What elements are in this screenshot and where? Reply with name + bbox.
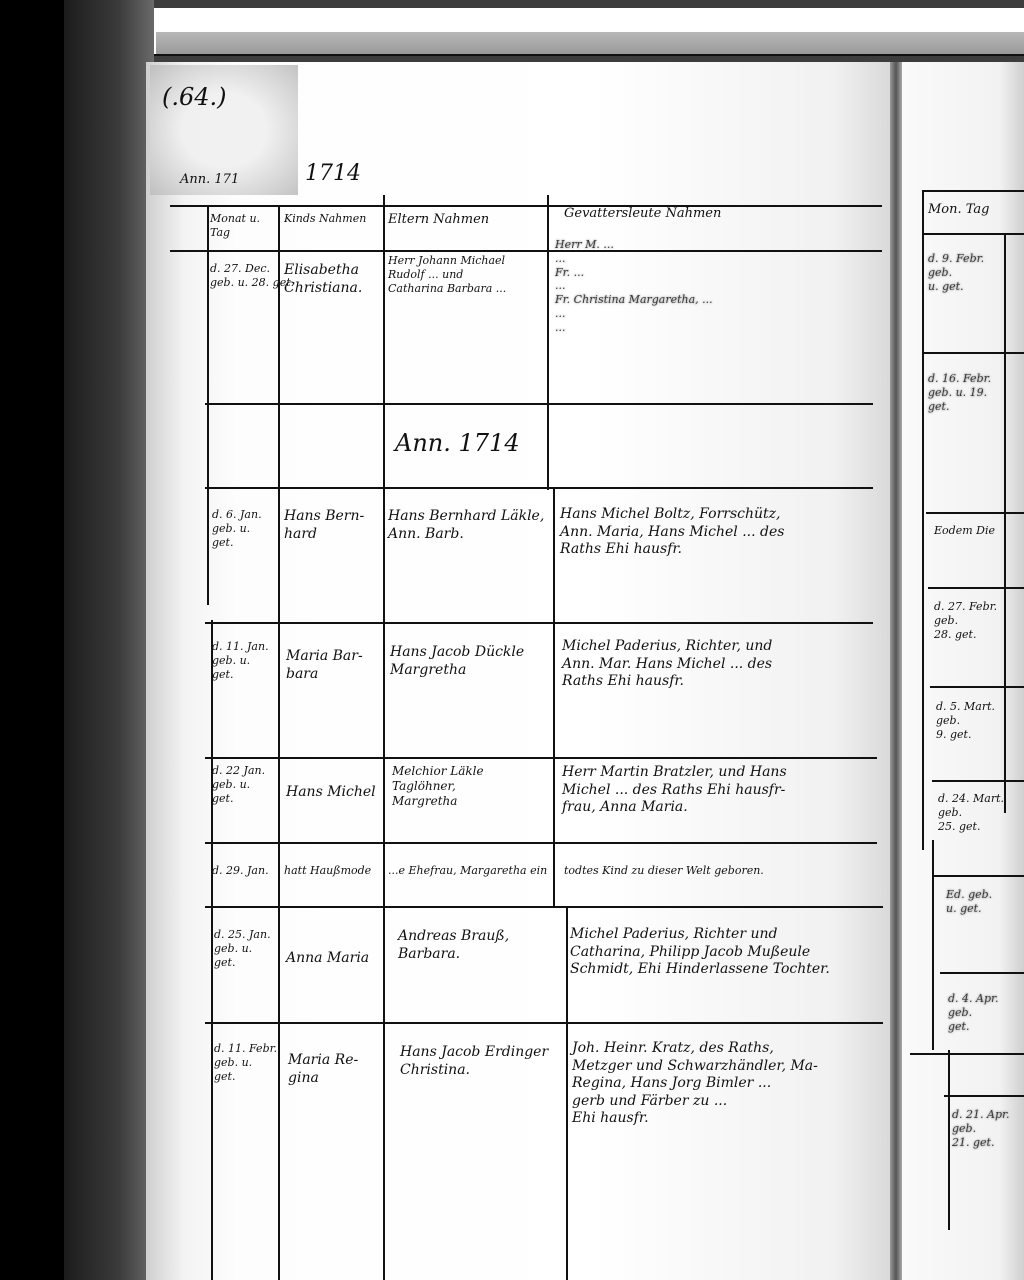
grid-line [932,780,1024,782]
entry-parents: Hans Jacob Dückle Margretha [390,644,524,679]
entry-date: d. 27. Dec. geb. u. 28. get. [210,262,294,290]
grid-line [547,195,549,490]
facing-entry-date: d. 4. Apr. geb. get. [948,992,999,1033]
column-header-date: Monat u. Tag [210,212,276,240]
grid-line [928,587,1024,589]
grid-line [1004,233,1006,813]
column-header-child: Kinds Nahmen [284,212,366,226]
entry-parents: Andreas Brauß, Barbara. [398,928,509,963]
grid-line [924,352,1024,354]
entry-parents: Melchior Läkle Taglöhner, Margretha [392,764,484,809]
grid-line [205,906,883,908]
grid-line [940,972,1024,974]
page-gutter [890,62,902,1280]
column-header-parents: Eltern Nahmen [388,212,489,228]
entry-date: d. 25. Jan. geb. u. get. [214,928,271,969]
entry-godparents: Michel Paderius, Richter und Catharina, … [570,926,880,979]
entry-child: hatt Haußmode [284,864,371,878]
binding-shadow [64,0,154,1280]
grid-line [930,686,1024,688]
entry-date: d. 11. Febr. geb. u. get. [214,1042,277,1083]
entry-godparents: Herr Martin Bratzler, und Hans Michel ..… [562,764,874,817]
grid-line [205,1022,883,1024]
entry-parents: Hans Jacob Erdinger Christina. [400,1044,548,1079]
entry-child: Maria Bar- bara [286,648,363,683]
grid-line [211,620,213,1280]
entry-date: d. 29. Jan. [212,864,269,878]
page-number: (.64.) [162,82,227,112]
grid-line [553,488,555,908]
entry-child: Maria Re- gina [288,1052,358,1087]
year-heading: 1714 [305,160,361,188]
facing-entry-date: Ed. geb. u. get. [946,888,992,916]
entry-godparents: todtes Kind zu dieser Welt geboren. [564,864,874,878]
grid-line [205,842,877,844]
entry-child: Hans Michel [286,784,376,802]
facing-entry-date: d. 5. Mart. geb. 9. get. [936,700,995,741]
entry-godparents: Herr M. ... ... Fr. ... ... Fr. Christin… [555,238,875,334]
facing-entry-date: Eodem Die [934,524,995,538]
grid-line [383,195,385,1280]
grid-line [944,1095,1024,1097]
grid-line [932,840,934,1050]
year-heading-prefix: Ann. 171 [180,172,239,188]
entry-child: Anna Maria [286,950,369,968]
entry-parents: Hans Bernhard Läkle, Ann. Barb. [388,508,544,543]
grid-line [278,205,280,1280]
entry-child: Elisabetha Christiana. [284,262,362,297]
grid-line [205,403,873,405]
entry-date: d. 6. Jan. geb. u. get. [212,508,262,549]
grid-line [948,1050,950,1230]
grid-line [934,875,1024,877]
facing-entry-date: d. 24. Mart. geb. 25. get. [938,792,1004,833]
grid-line [910,1053,1024,1055]
column-header-godparents: Gevattersleute Nahmen [564,206,721,222]
paper-strip-shadow [156,32,1024,54]
entry-date: d. 22 Jan. geb. u. get. [212,764,265,805]
grid-line [922,190,1024,192]
grid-line [922,190,924,850]
entry-godparents: Hans Michel Boltz, Forrschütz, Ann. Mari… [560,506,870,559]
facing-entry-date: d. 9. Febr. geb. u. get. [928,252,984,293]
grid-line [207,205,209,605]
facing-entry-date: d. 27. Febr. geb. 28. get. [934,600,997,641]
entry-godparents: Michel Paderius, Richter, und Ann. Mar. … [562,638,872,691]
facing-entry-date: d. 16. Febr. geb. u. 19. get. [928,372,991,413]
year-divider: Ann. 1714 [395,428,520,458]
grid-line [205,622,873,624]
grid-line [205,487,873,489]
entry-date: d. 11. Jan. geb. u. get. [212,640,269,681]
grid-line [170,205,882,207]
grid-line [566,906,568,1280]
entry-parents: ...e Ehefrau, Margaretha ein [388,864,547,878]
grid-line [205,757,877,759]
facing-column-header: Mon. Tag [928,202,990,218]
grid-line [926,512,1024,514]
entry-parents: Herr Johann Michael Rudolf ... und Catha… [388,254,506,295]
entry-godparents: Joh. Heinr. Kratz, des Raths, Metzger un… [572,1040,882,1128]
grid-line [922,233,1024,235]
entry-child: Hans Bern- hard [284,508,364,543]
facing-entry-date: d. 21. Apr. geb. 21. get. [952,1108,1010,1149]
